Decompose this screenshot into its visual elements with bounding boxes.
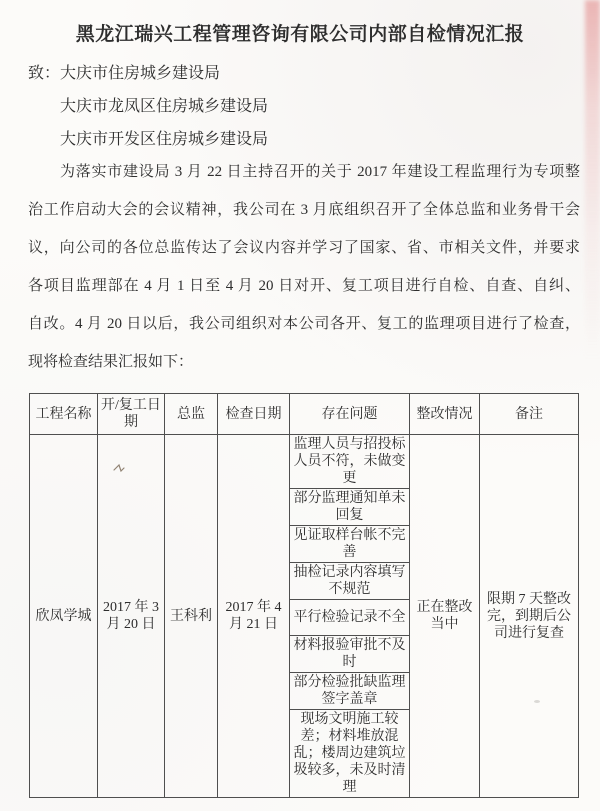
paragraph-line: 自改。4 月 20 日以后，我公司组织对本公司各开、复工的监理项目进行了检查， <box>28 305 580 343</box>
cell-check-date: 2017 年 4 月 21 日 <box>218 435 290 798</box>
paragraph-line: 议，向公司的各位总监传达了会议内容并学习了国家、省、市相关文件，并要求 <box>28 229 580 267</box>
cell-problem: 材料报验审批不及时 <box>290 636 410 673</box>
cell-remarks: 限期 7 天整改完，到期后公司进行复查 <box>480 435 579 798</box>
header-problems: 存在问题 <box>290 394 410 435</box>
cell-problem: 现场文明施工较差；材料堆放混乱；楼周边建筑垃圾较多，未及时清理 <box>290 710 410 798</box>
table-header-row: 工程名称 开/复工日期 总监 检查日期 存在问题 整改情况 备注 <box>30 394 579 435</box>
cell-problem: 监理人员与招投标人员不符，未做变更 <box>290 435 410 489</box>
cell-problem: 见证取样台帐不完善 <box>290 526 410 563</box>
recipient-line: 致：大庆市住房城乡建设局 <box>28 57 588 90</box>
scanned-document-page: 黑龙江瑞兴工程管理咨询有限公司内部自检情况汇报 致：大庆市住房城乡建设局 大庆市… <box>0 0 600 811</box>
header-check-date: 检查日期 <box>218 394 290 435</box>
cell-problem: 抽检记录内容填写不规范 <box>290 563 410 600</box>
table-row: 欣凤学城 2017 年 3 月 20 日 王科利 2017 年 4 月 21 日… <box>30 435 579 489</box>
cell-start-date: 2017 年 3 月 20 日 <box>98 435 165 798</box>
header-remarks: 备注 <box>480 394 579 435</box>
recipient-name: 大庆市住房城乡建设局 <box>60 65 220 82</box>
cell-chief-supervisor: 王科利 <box>165 435 218 798</box>
recipient-line: 大庆市开发区住房城乡建设局 <box>28 123 588 156</box>
inspection-results-table: 工程名称 开/复工日期 总监 检查日期 存在问题 整改情况 备注 欣凤学城 20… <box>29 393 579 798</box>
recipient-label: 致： <box>28 65 60 82</box>
paragraph-line: 现将检查结果汇报如下： <box>28 343 580 381</box>
header-start-date: 开/复工日期 <box>98 394 165 435</box>
header-rectification-status: 整改情况 <box>410 394 480 435</box>
paragraph-line: 为落实市建设局 3 月 22 日主持召开的关于 2017 年建设工程监理行为专项… <box>28 153 580 191</box>
recipient-line: 大庆市龙凤区住房城乡建设局 <box>28 90 588 123</box>
body-paragraph: 为落实市建设局 3 月 22 日主持召开的关于 2017 年建设工程监理行为专项… <box>28 153 580 381</box>
header-project-name: 工程名称 <box>30 394 98 435</box>
scan-artifact-pink-edge <box>585 0 600 360</box>
cell-rectification-status: 正在整改当中 <box>410 435 480 798</box>
document-title: 黑龙江瑞兴工程管理咨询有限公司内部自检情况汇报 <box>0 22 600 48</box>
cell-problem: 部分检验批缺监理签字盖章 <box>290 673 410 710</box>
cell-problem: 平行检验记录不全 <box>290 600 410 636</box>
paragraph-line: 治工作启动大会的会议精神，我公司在 3 月底组织召开了全体总监和业务骨干会 <box>28 191 580 229</box>
recipient-list: 致：大庆市住房城乡建设局 大庆市龙凤区住房城乡建设局 大庆市开发区住房城乡建设局 <box>28 57 588 156</box>
cell-project-name: 欣凤学城 <box>30 435 98 798</box>
header-chief-supervisor: 总监 <box>165 394 218 435</box>
paragraph-line: 各项目监理部在 4 月 1 日至 4 月 20 日对开、复工项目进行自检、自查、… <box>28 267 580 305</box>
cell-problem: 部分监理通知单未回复 <box>290 489 410 526</box>
